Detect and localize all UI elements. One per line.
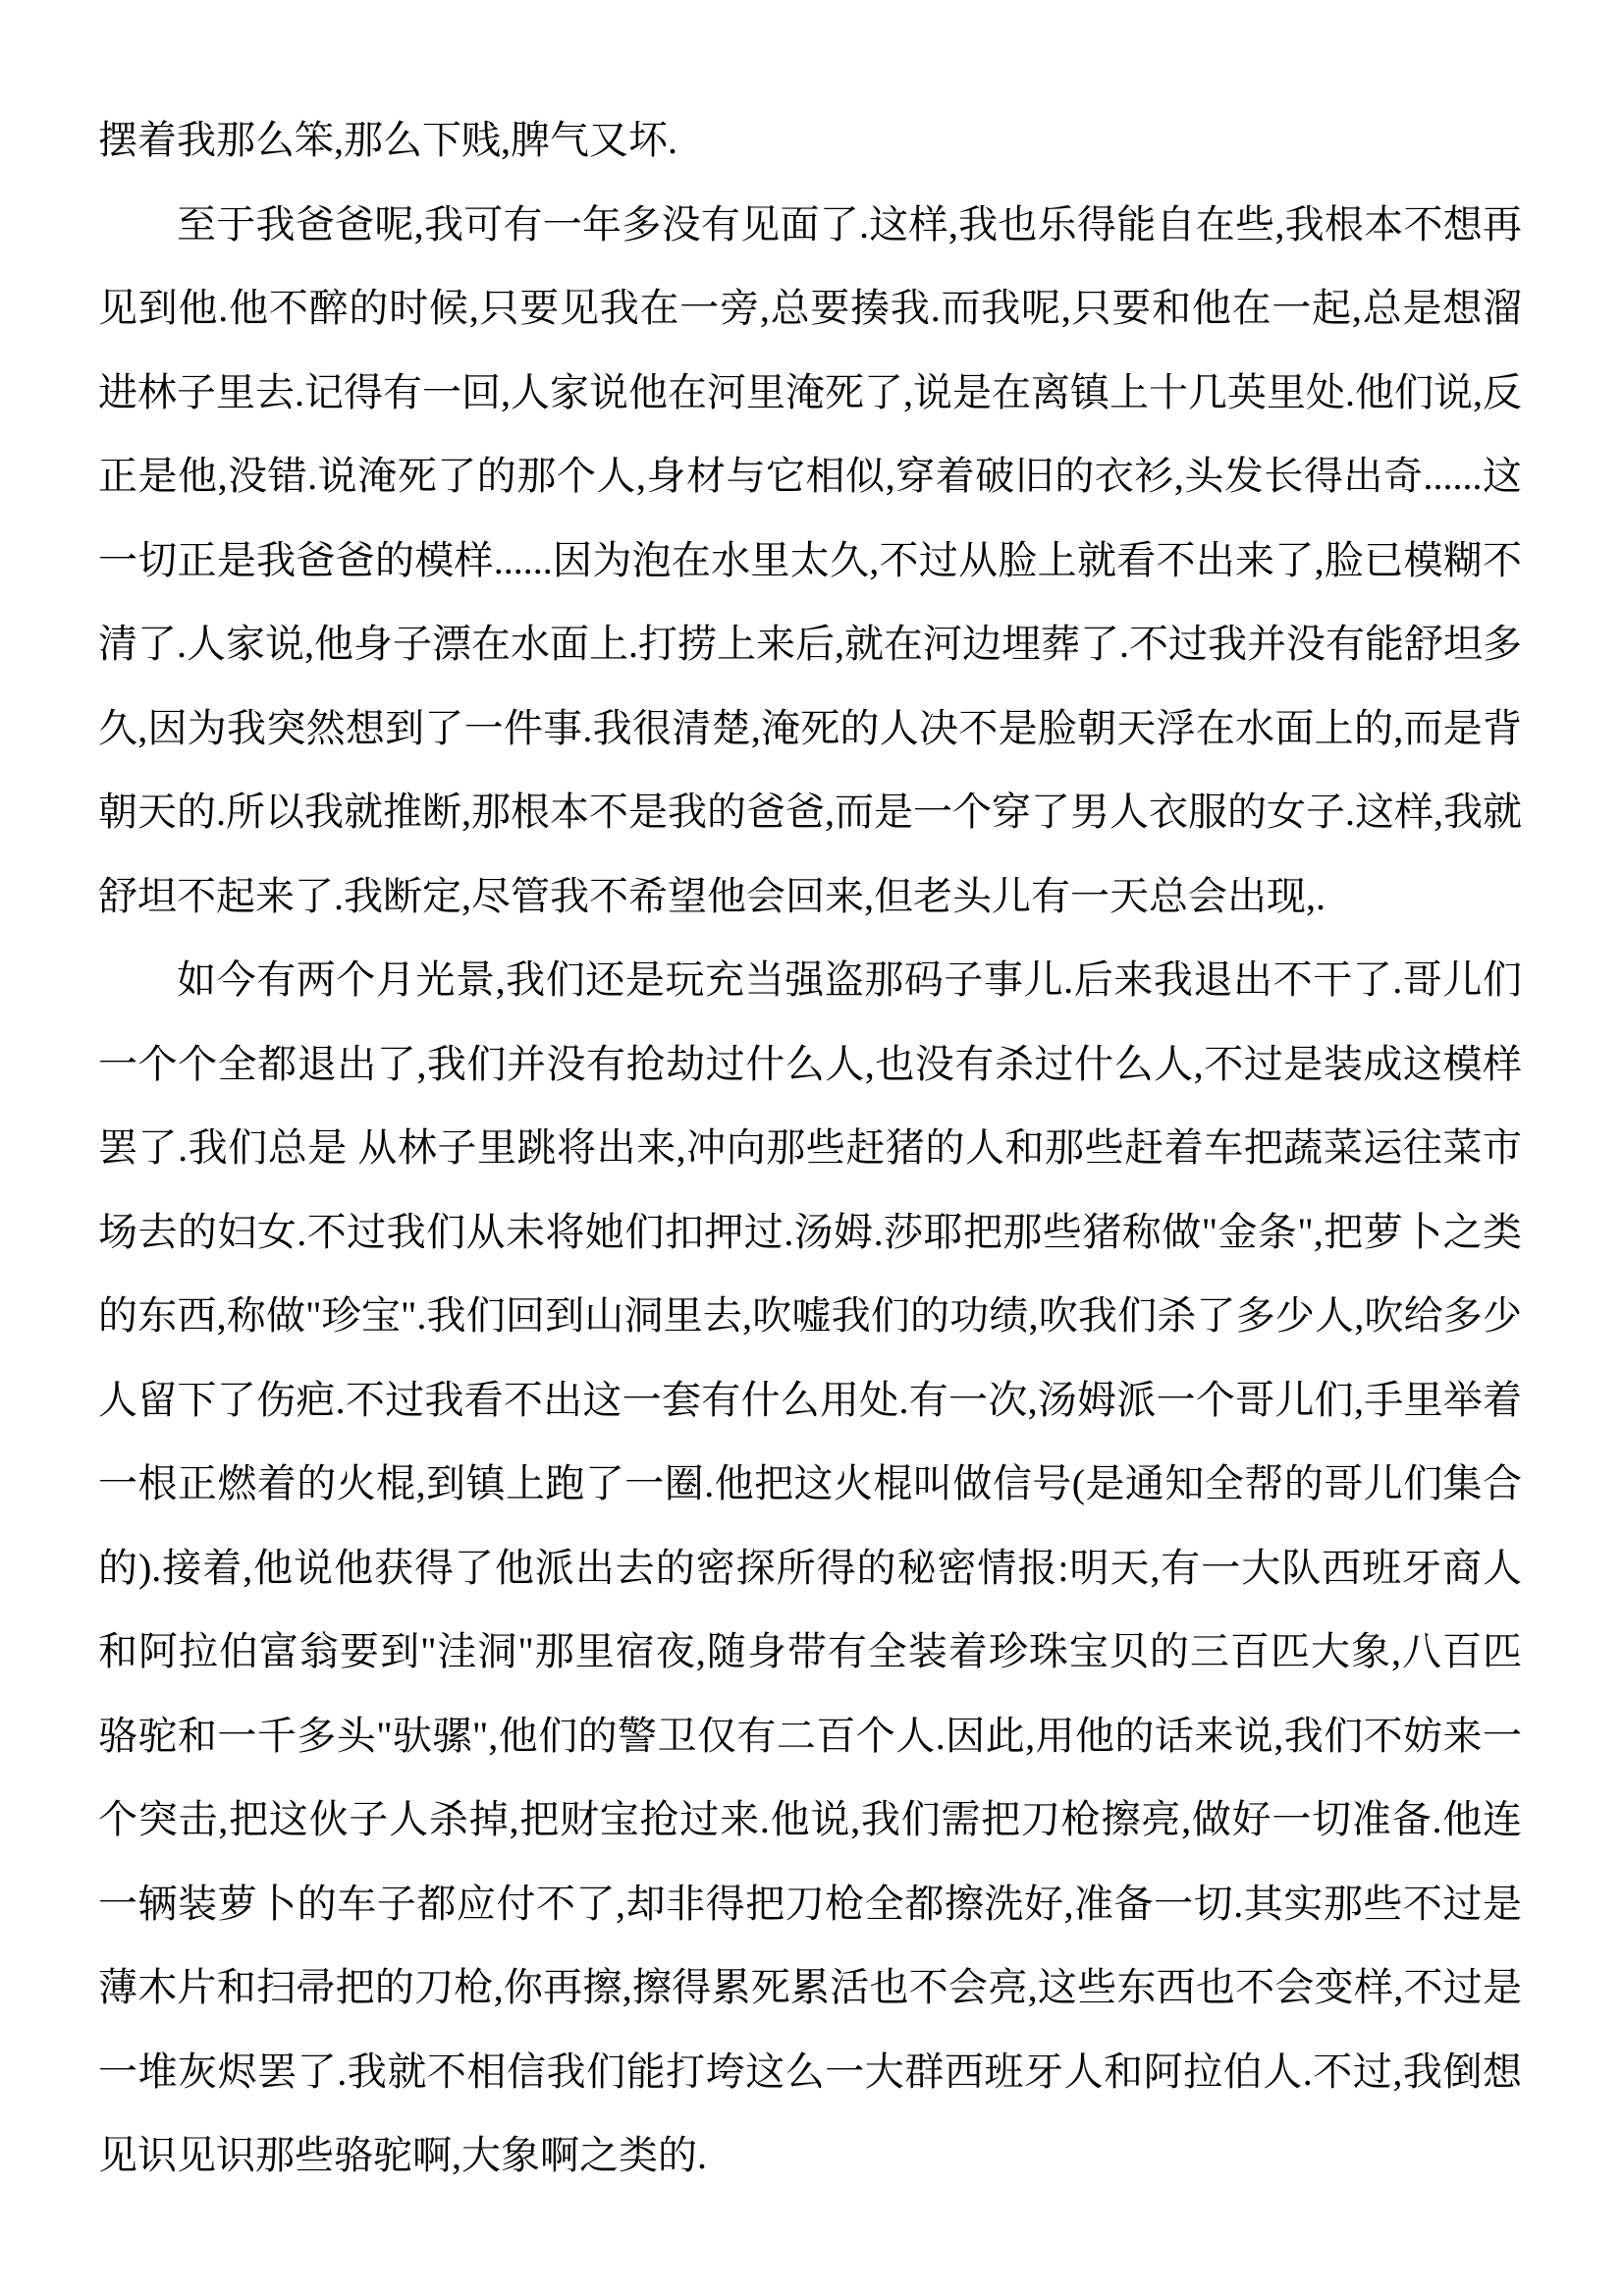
paragraph-robber-band: 如今有两个月光景,我们还是玩充当强盗那码子事儿.后来我退出不干了.哥儿们一个个全… (98, 938, 1522, 2198)
paragraph-father-drowning: 至于我爸爸呢,我可有一年多没有见面了.这样,我也乐得能自在些,我根本不想再见到他… (98, 183, 1522, 939)
document-page: 摆着我那么笨,那么下贱,脾气又坏. 至于我爸爸呢,我可有一年多没有见面了.这样,… (0, 0, 1623, 2296)
paragraph-continuation: 摆着我那么笨,那么下贱,脾气又坏. (98, 98, 1522, 183)
